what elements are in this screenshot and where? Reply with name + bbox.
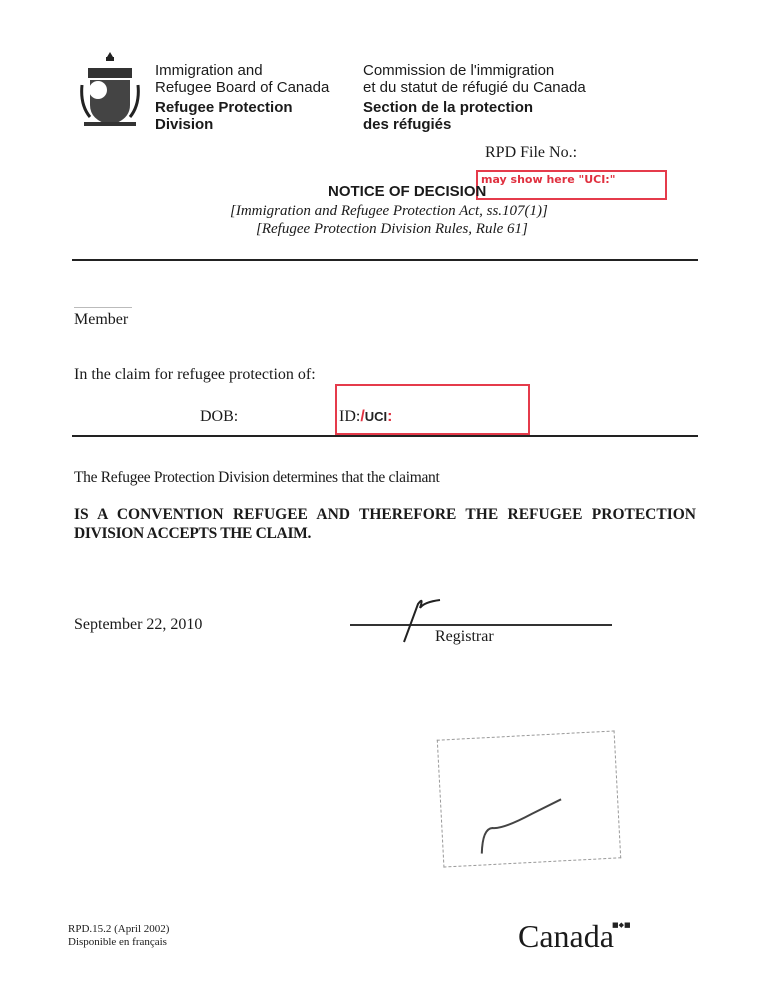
canada-wordmark: Canada bbox=[518, 918, 614, 954]
footer-form-code: RPD.15.2 (April 2002) bbox=[68, 923, 169, 936]
flag-icon: ■◆■ bbox=[612, 922, 628, 929]
header-fr-division1: Section de la protection bbox=[363, 99, 586, 116]
header-en-line1: Immigration and bbox=[155, 62, 329, 79]
id-field: ID:/UCI: bbox=[339, 408, 393, 426]
id-label: ID: bbox=[339, 408, 360, 425]
member-label: Member bbox=[74, 311, 128, 329]
header-fr-division2: des réfugiés bbox=[363, 116, 586, 133]
decision-intro: The Refugee Protection Division determin… bbox=[74, 469, 440, 487]
stamp-signature-icon bbox=[471, 793, 584, 859]
member-name-line bbox=[74, 307, 132, 308]
claim-intro: In the claim for refugee protection of: bbox=[74, 366, 316, 384]
divider-top bbox=[72, 259, 698, 261]
notice-citation-rules: [Refugee Protection Division Rules, Rule… bbox=[256, 221, 528, 238]
header-french: Commission de l'immigration et du statut… bbox=[363, 62, 586, 133]
header-en-division2: Division bbox=[155, 116, 329, 133]
file-no-label: RPD File No.: bbox=[485, 144, 577, 162]
dob-label: DOB: bbox=[200, 408, 238, 426]
decision-line1: IS A CONVENTION REFUGEE AND THEREFORE TH… bbox=[74, 506, 696, 524]
footer-availability: Disponible en français bbox=[68, 936, 167, 949]
signature-role: Registrar bbox=[435, 628, 494, 646]
certification-stamp bbox=[437, 730, 621, 867]
header-fr-line1: Commission de l'immigration bbox=[363, 62, 586, 79]
decision-date: September 22, 2010 bbox=[74, 616, 202, 634]
notice-title: NOTICE OF DECISION bbox=[328, 183, 486, 200]
header-en-division1: Refugee Protection bbox=[155, 99, 329, 116]
header-fr-line2: et du statut de réfugié du Canada bbox=[363, 79, 586, 96]
id-annotation-uci: UCI bbox=[365, 409, 387, 424]
decision-line2: DIVISION ACCEPTS THE CLAIM. bbox=[74, 525, 311, 543]
divider-claim bbox=[72, 435, 698, 437]
id-annotation-colon: : bbox=[387, 408, 392, 425]
header-en-line2: Refugee Board of Canada bbox=[155, 79, 329, 96]
notice-citation-act: [Immigration and Refugee Protection Act,… bbox=[230, 203, 548, 220]
header-english: Immigration and Refugee Board of Canada … bbox=[155, 62, 329, 133]
coat-of-arms-icon bbox=[80, 50, 140, 130]
uci-annotation-text: may show here "UCI:" bbox=[478, 172, 665, 187]
uci-annotation-box: may show here "UCI:" bbox=[476, 170, 667, 200]
